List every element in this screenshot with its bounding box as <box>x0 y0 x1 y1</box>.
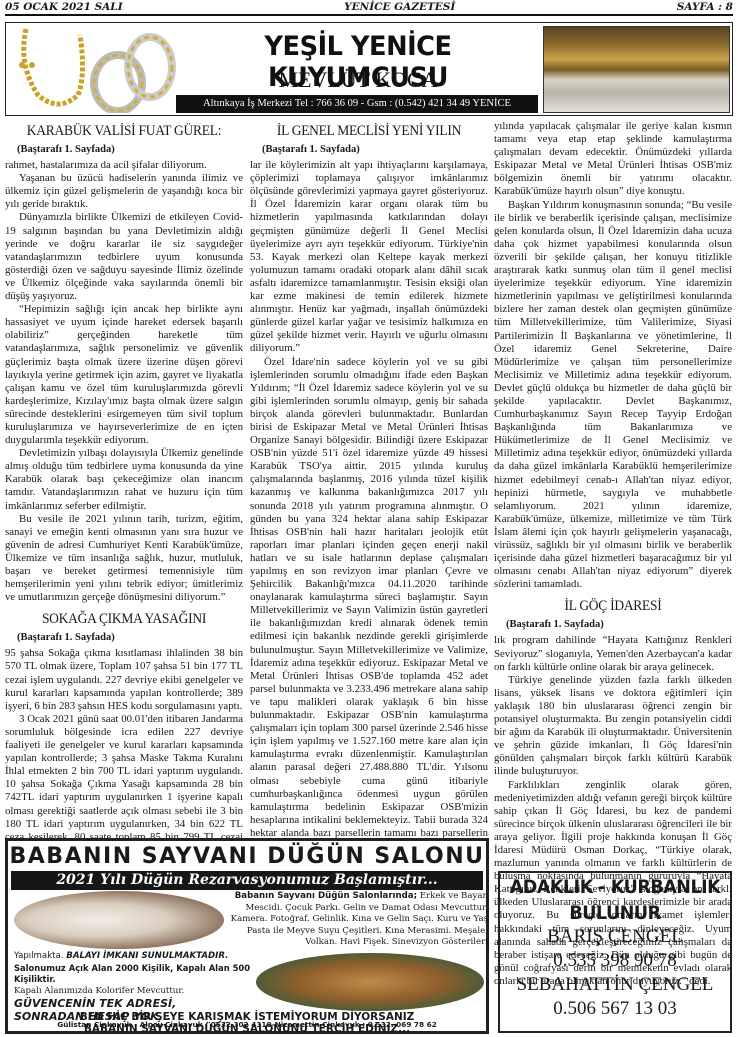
paragraph: Devletimizin yılbaşı dolayısıyla Ülkemiz… <box>5 447 243 512</box>
hall-title: BABANIN SAYVANI DÜĞÜN SALONU <box>8 844 486 869</box>
paragraph: Türkiye genelinde yüzden fazla farklı ül… <box>494 674 732 779</box>
contact-phone-1: 0.535 398 90 78 <box>500 949 730 973</box>
hall-heating: Kapalı Alanımızda Kolorifer Mevcuttur. <box>14 986 264 998</box>
paragraph: Dünyamızla birlikte Ülkemizi de etkileye… <box>5 211 243 303</box>
wedding-hall-ad: BABANIN SAYVANI DÜĞÜN SALONU 2021 Yılı D… <box>5 838 489 1034</box>
contact-name-1: BARIŞ ÇENGEL <box>500 925 730 949</box>
paragraph: Özel İdare'nin sadece köylerin yol ve su… <box>250 356 488 880</box>
paragraph: Başkan Yıldırım konuşmasının sonunda; “B… <box>494 199 732 592</box>
article-title-meclis: İL GENEL MECLİSİ YENİ YILIN <box>262 122 476 140</box>
hall-description: Babanın Sayvanı Düğün Salonlarında; Erke… <box>226 891 488 949</box>
sacrifice-animal-ad: ADAKLIK - KURBANLIK BULUNUR BARIŞ ÇENGEL… <box>498 871 732 1033</box>
kurban-title-1: ADAKLIK - KURBANLIK <box>509 875 721 899</box>
paragraph: lar ile köylerimizin alt yapı ihtiyaçlar… <box>250 159 488 355</box>
jeweler-address: Altınkaya İş Merkezi Tel : 766 36 09 - G… <box>176 95 538 113</box>
paragraph: yılında yapılacak çalışmalar ile geriye … <box>494 120 732 199</box>
paragraph: 95 şahsa Sokağa çıkma kısıtlaması ihlali… <box>5 647 243 712</box>
hall-contacts: Gülistan Cinkavuk - Alpay Cinkavuk : 053… <box>8 1020 486 1029</box>
contact-phone-2: 0.506 567 13 03 <box>500 997 730 1021</box>
paragraph: 3 Ocak 2021 günü saat 00.01'den itibaren… <box>5 713 243 857</box>
hall-slogan-1: GÜVENCENİN TEK ADRESİ, <box>14 997 264 1010</box>
article-title-vali: KARABÜK VALİSİ FUAT GÜREL: <box>17 122 231 140</box>
hall-interior-photo <box>256 953 484 1011</box>
column-2: İL GENEL MECLİSİ YENİ YILIN (Baştarafı 1… <box>250 120 488 879</box>
jewelry-shop-photo <box>543 26 730 113</box>
contact-name-2: SEBAHATTİN ÇENGEL <box>500 973 730 997</box>
issue-date: 05 OCAK 2021 SALI <box>5 1 123 13</box>
article-title-goc: İL GÖÇ İDARESİ <box>506 597 720 615</box>
hall-reservation-strip: 2021 Yılı Düğün Rezarvasyonumuz Başlamış… <box>11 871 483 890</box>
paragraph: lık program dahilinde “Hayata Kattığınız… <box>494 634 732 673</box>
article-title-sokak: SOKAĞA ÇIKMA YASAĞINI <box>17 610 231 628</box>
page-header: 05 OCAK 2021 SALI YENİCE GAZETESİ SAYFA … <box>5 2 733 16</box>
continued-note: (Baştarafı 1. Sayfada) <box>17 631 243 644</box>
hall-made: Yapılmakta. <box>14 951 64 961</box>
continued-note: (Baştarafı 1. Sayfada) <box>506 618 732 631</box>
paragraph: Yaşanan bu üzücü hadiselerin yanında ili… <box>5 172 243 211</box>
jewelry-rings-icon <box>8 25 176 113</box>
continued-note: (Baştarafı 1. Sayfada) <box>262 143 488 156</box>
jeweler-banner-ad: YEŞİL YENİCE KUYUMCUSU MEVLÜT KOCA Altın… <box>5 22 733 116</box>
newspaper-name: YENİCE GAZETESİ <box>344 1 455 13</box>
page-number: SAYFA : 8 <box>677 1 733 13</box>
jeweler-owner: MEVLÜT KOCA <box>178 67 538 93</box>
paragraph: rahmet, hastalarımıza da acil şifalar di… <box>5 159 243 172</box>
wedding-photo <box>14 891 224 949</box>
column-1: KARABÜK VALİSİ FUAT GÜREL: (Baştarafı 1.… <box>5 120 243 857</box>
continued-note: (Baştarafı 1. Sayfada) <box>17 143 243 156</box>
paragraph: “Hepimizin sağlığı için ancak hep birlik… <box>5 303 243 447</box>
paragraph: Bu vesile ile 2021 yılının tarih, turizm… <box>5 513 243 605</box>
hall-capacity: Salonumuz Açık Alan 2000 Kişilik, Kapalı… <box>14 963 264 986</box>
column-3: yılında yapılacak çalışmalar ile geriye … <box>494 120 732 988</box>
kurban-title-2: BULUNUR <box>509 901 721 925</box>
hall-honeymoon: BALAYI İMKANI SUNULMAKTADIR. <box>66 951 228 961</box>
hall-desc-lead: Babanın Sayvanı Düğün Salonlarında; <box>235 891 417 901</box>
